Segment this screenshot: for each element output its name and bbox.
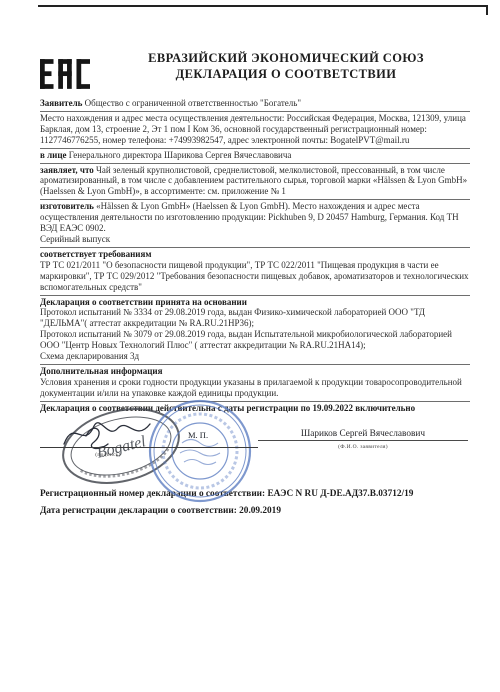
applicant-value: Общество с ограниченной ответственностью…	[85, 98, 301, 108]
union-name: ЕВРАЗИЙСКИЙ ЭКОНОМИЧЕСКИЙ СОЮЗ	[102, 50, 470, 66]
address-section: Место нахождения и адрес места осуществл…	[40, 112, 470, 149]
document-header: ЕВРАЗИЙСКИЙ ЭКОНОМИЧЕСКИЙ СОЮЗ ДЕКЛАРАЦИ…	[40, 50, 470, 100]
applicant-label: Заявитель	[40, 98, 82, 108]
basis-scheme: Схема декларирования 3д	[40, 351, 470, 362]
manufacturer-label: изготовитель	[40, 201, 94, 211]
stamp-place-label: М. П.	[188, 430, 208, 441]
top-border-corner-tick	[486, 5, 488, 15]
basis-protocol-1: Протокол испытаний № 3334 от 29.08.2019 …	[40, 307, 470, 329]
declares-section: заявляет, что Чай зеленый крупнолистовой…	[40, 164, 470, 201]
eac-mark-logo	[40, 50, 102, 100]
requirements-label: соответствует требованиям	[40, 249, 470, 260]
validity-line: Декларация о соответствии действительна …	[40, 402, 470, 416]
manufacturer-value: «Hälssen & Lyon GmbH» (Haelssen & Lyon G…	[40, 201, 459, 233]
additional-info-value: Условия хранения и сроки годности продук…	[40, 377, 470, 399]
top-border-line	[38, 5, 488, 7]
registration-date-label: Дата регистрации декларации о соответств…	[40, 506, 237, 516]
registration-date-row: Дата регистрации декларации о соответств…	[40, 505, 470, 518]
declaration-document: ЕВРАЗИЙСКИЙ ЭКОНОМИЧЕСКИЙ СОЮЗ ДЕКЛАРАЦИ…	[0, 0, 500, 692]
basis-protocol-2: Протокол испытаний № 3079 от 29.08.2019 …	[40, 329, 470, 351]
additional-info-label: Дополнительная информация	[40, 366, 470, 377]
signer-name-caption: (Ф.И.О. заявителя)	[258, 441, 468, 453]
in-person-section: в лице Генерального директора Шарикова С…	[40, 149, 470, 164]
manufacturer-section: изготовитель «Hälssen & Lyon GmbH» (Hael…	[40, 200, 470, 248]
signature-line	[40, 447, 258, 448]
registration-number-row: Регистрационный номер декларации о соотв…	[40, 488, 470, 501]
registration-number-label: Регистрационный номер декларации о соотв…	[40, 489, 265, 499]
title-block: ЕВРАЗИЙСКИЙ ЭКОНОМИЧЕСКИЙ СОЮЗ ДЕКЛАРАЦИ…	[102, 50, 470, 100]
eac-mark-icon	[40, 53, 90, 95]
serial-release: Серийный выпуск	[40, 234, 470, 245]
basis-section: Декларация о соответствии принята на осн…	[40, 296, 470, 365]
document-body: Заявитель Общество с ограниченной ответс…	[40, 97, 470, 518]
document-title: ДЕКЛАРАЦИЯ О СООТВЕТСТВИИ	[102, 66, 470, 82]
registration-number-value: ЕАЭС N RU Д-DE.АД37.В.03712/19	[267, 489, 413, 499]
address-value: Место нахождения и адрес места осуществл…	[40, 113, 466, 145]
in-person-value: Генерального директора Шарикова Сергея В…	[69, 150, 292, 160]
signer-name-block: Шариков Сергей Вячеславович (Ф.И.О. заяв…	[258, 429, 468, 454]
in-person-label: в лице	[40, 150, 67, 160]
signature-area: Bogatel М. П	[40, 418, 470, 484]
declares-label: заявляет, что	[40, 165, 94, 175]
manufacturer-paragraph: изготовитель «Hälssen & Lyon GmbH» (Hael…	[40, 201, 470, 234]
registration-date-value: 20.09.2019	[239, 506, 281, 516]
basis-label: Декларация о соответствии принята на осн…	[40, 297, 470, 308]
signature-caption: (подпись)	[78, 450, 138, 461]
requirements-value: ТР ТС 021/2011 "О безопасности пищевой п…	[40, 260, 470, 293]
applicant-section: Заявитель Общество с ограниченной ответс…	[40, 97, 470, 112]
requirements-section: соответствует требованиям ТР ТС 021/2011…	[40, 248, 470, 296]
declares-value: Чай зеленый крупнолистовой, среднелистов…	[40, 165, 467, 197]
additional-info-section: Дополнительная информация Условия хранен…	[40, 365, 470, 402]
signer-name: Шариков Сергей Вячеславович	[258, 429, 468, 442]
